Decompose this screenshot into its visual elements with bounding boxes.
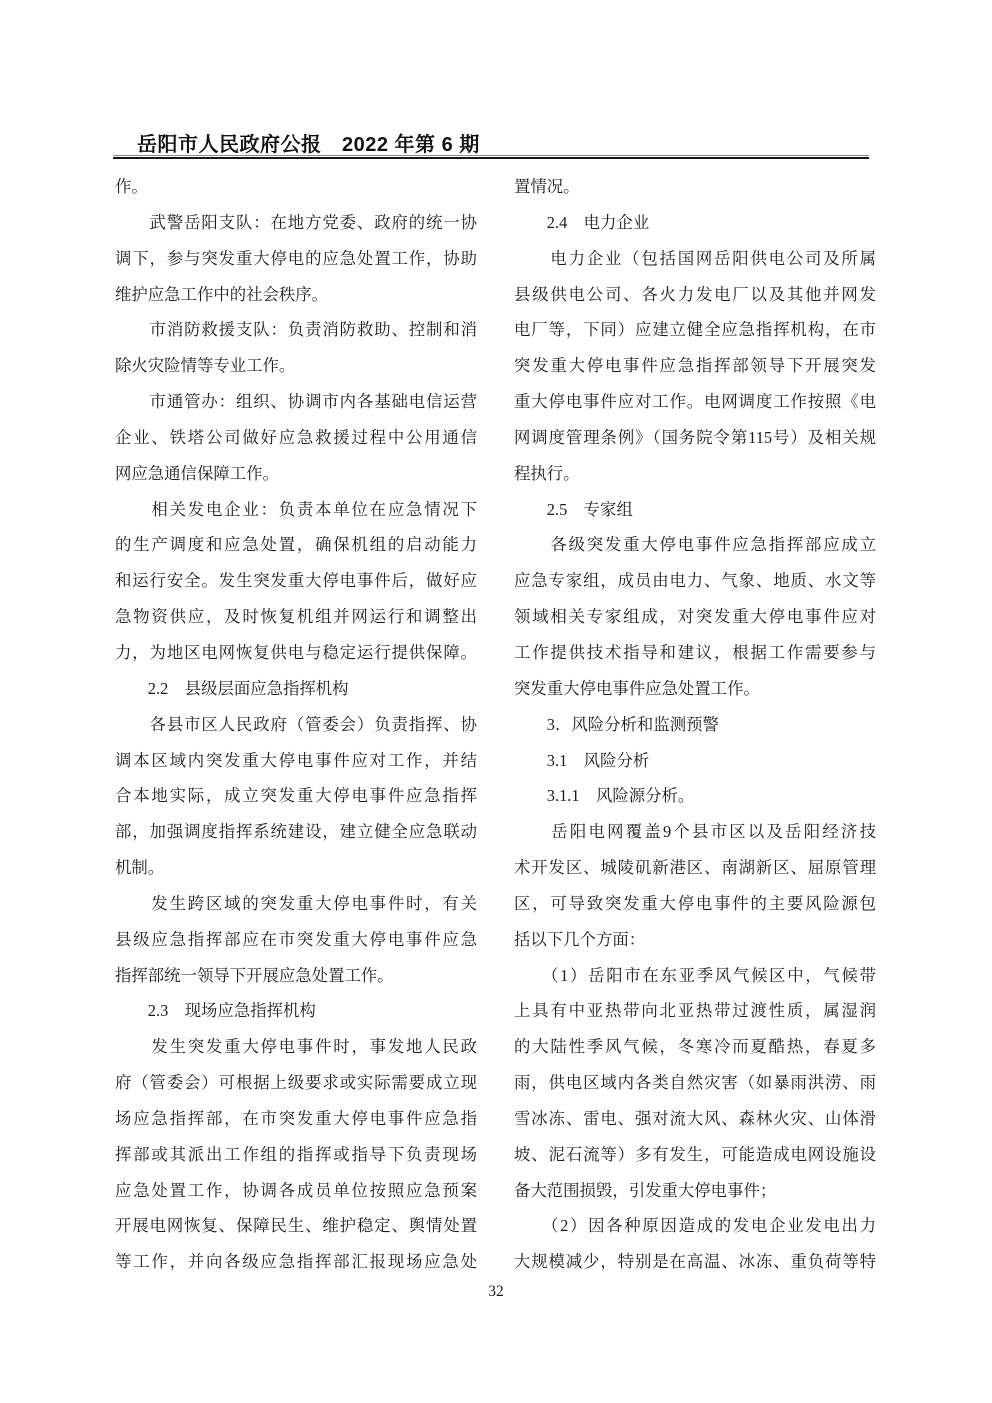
page-header-title: 岳阳市人民政府公报 2022 年第 6 期 — [137, 128, 480, 157]
text-line: （1）岳阳市在东亚季风气候区中，气候带 — [514, 958, 876, 994]
text-line: 合本地实际，成立突发重大停电事件应急指挥 — [115, 778, 477, 814]
text-line: 等工作，并向各级应急指挥部汇报现场应急处 — [115, 1244, 477, 1280]
text-line: 的大陆性季风气候，冬寒冷而夏酷热，春夏多 — [514, 1029, 876, 1065]
text-line: 县级应急指挥部应在市突发重大停电事件应急 — [115, 922, 477, 958]
text-line: 突发重大停电事件应急指挥部领导下开展突发 — [514, 348, 876, 384]
text-line: 电厂等，下同）应建立健全应急指挥机构，在市 — [514, 312, 876, 348]
text-line: 调本区域内突发重大停电事件应对工作，并结 — [115, 743, 477, 779]
text-line: 3.1.1 风险源分析。 — [514, 778, 876, 814]
text-column-right: 置情况。 2.4 电力企业 电力企业（包括国网岳阳供电公司及所属县级供电公司、各… — [514, 169, 876, 1280]
text-line: 应急处置工作，协调各成员单位按照应急预案 — [115, 1173, 477, 1209]
text-line: （2）因各种原因造成的发电企业发电出力 — [514, 1208, 876, 1244]
text-line: 维护应急工作中的社会秩序。 — [115, 277, 477, 313]
text-line: 府（管委会）可根据上级要求或实际需要成立现 — [115, 1065, 477, 1101]
text-line: 武警岳阳支队：在地方党委、政府的统一协 — [115, 205, 477, 241]
text-line: 开展电网恢复、保障民生、维护稳定、舆情处置 — [115, 1208, 477, 1244]
text-column-left: 作。 武警岳阳支队：在地方党委、政府的统一协调下，参与突发重大停电的应急处置工作… — [115, 169, 477, 1280]
text-line: 程执行。 — [514, 456, 876, 492]
text-line: 市通管办：组织、协调市内各基础电信运营 — [115, 384, 477, 420]
text-line: 坡、泥石流等）多有发生，可能造成电网设施设 — [514, 1137, 876, 1173]
text-line: 备大范围损毁，引发重大停电事件； — [514, 1173, 876, 1209]
text-line: 突发重大停电事件应急处置工作。 — [514, 671, 876, 707]
text-line: 的生产调度和应急处置，确保机组的启动能力 — [115, 527, 477, 563]
text-line: 调下，参与突发重大停电的应急处置工作，协助 — [115, 241, 477, 277]
text-line: 应急专家组，成员由电力、气象、地质、水文等 — [514, 563, 876, 599]
text-line: 部，加强调度指挥系统建设，建立健全应急联动 — [115, 814, 477, 850]
text-line: 急物资供应，及时恢复机组并网运行和调整出 — [115, 599, 477, 635]
text-line: 3．风险分析和监测预警 — [514, 707, 876, 743]
text-line: 场应急指挥部，在市突发重大停电事件应急指 — [115, 1101, 477, 1137]
text-line: 2.2 县级层面应急指挥机构 — [115, 671, 477, 707]
text-line: 和运行安全。发生突发重大停电事件后，做好应 — [115, 563, 477, 599]
text-line: 网调度管理条例》（国务院令第115号）及相关规 — [514, 420, 876, 456]
text-line: 各县市区人民政府（管委会）负责指挥、协 — [115, 707, 477, 743]
text-line: 指挥部统一领导下开展应急处置工作。 — [115, 958, 477, 994]
text-line: 市消防救援支队：负责消防救助、控制和消 — [115, 312, 477, 348]
text-line: 机制。 — [115, 850, 477, 886]
text-line: 县级供电公司、各火力发电厂以及其他并网发 — [514, 277, 876, 313]
text-line: 领域相关专家组成，对突发重大停电事件应对 — [514, 599, 876, 635]
text-line: 3.1 风险分析 — [514, 743, 876, 779]
gazette-page: 岳阳市人民政府公报 2022 年第 6 期 作。 武警岳阳支队：在地方党委、政府… — [0, 0, 992, 1403]
text-line: 各级突发重大停电事件应急指挥部应成立 — [514, 527, 876, 563]
header-rule-divider — [113, 155, 869, 159]
text-line: 除火灾险情等专业工作。 — [115, 348, 477, 384]
page-number: 32 — [0, 1283, 992, 1301]
text-line: 岳阳电网覆盖9个县市区以及岳阳经济技 — [514, 814, 876, 850]
text-line: 重大停电事件应对工作。电网调度工作按照《电 — [514, 384, 876, 420]
text-line: 括以下几个方面： — [514, 922, 876, 958]
text-line: 挥部或其派出工作组的指挥或指导下负责现场 — [115, 1137, 477, 1173]
text-line: 2.4 电力企业 — [514, 205, 876, 241]
text-line: 术开发区、城陵矶新港区、南湖新区、屈原管理 — [514, 850, 876, 886]
text-line: 发生突发重大停电事件时，事发地人民政 — [115, 1029, 477, 1065]
text-line: 作。 — [115, 169, 477, 205]
text-line: 大规模减少，特别是在高温、冰冻、重负荷等特 — [514, 1244, 876, 1280]
text-line: 区，可导致突发重大停电事件的主要风险源包 — [514, 886, 876, 922]
text-line: 置情况。 — [514, 169, 876, 205]
text-line: 电力企业（包括国网岳阳供电公司及所属 — [514, 241, 876, 277]
text-line: 企业、铁塔公司做好应急救援过程中公用通信 — [115, 420, 477, 456]
text-line: 上具有中亚热带向北亚热带过渡性质，属湿润 — [514, 993, 876, 1029]
text-line: 2.5 专家组 — [514, 492, 876, 528]
text-line: 力，为地区电网恢复供电与稳定运行提供保障。 — [115, 635, 477, 671]
text-line: 雨，供电区域内各类自然灾害（如暴雨洪涝、雨 — [514, 1065, 876, 1101]
text-line: 相关发电企业：负责本单位在应急情况下 — [115, 492, 477, 528]
text-line: 工作提供技术指导和建议，根据工作需要参与 — [514, 635, 876, 671]
text-line: 雪冰冻、雷电、强对流大风、森林火灾、山体滑 — [514, 1101, 876, 1137]
text-line: 发生跨区域的突发重大停电事件时，有关 — [115, 886, 477, 922]
text-line: 2.3 现场应急指挥机构 — [115, 993, 477, 1029]
text-line: 网应急通信保障工作。 — [115, 456, 477, 492]
